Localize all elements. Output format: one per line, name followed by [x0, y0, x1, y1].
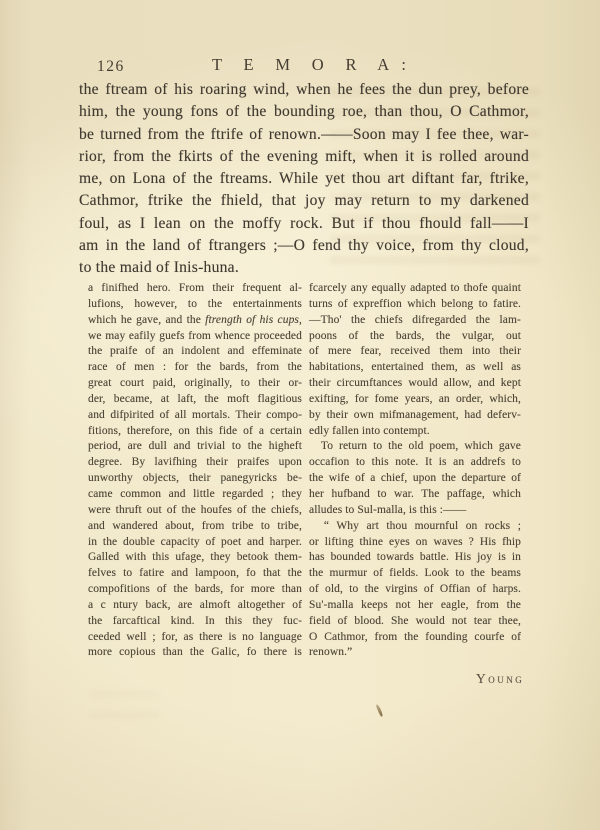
text-line: has bounded towards battle. His joy is i… [309, 550, 521, 566]
text-line: fcarcely any equally adapted to thofe qu… [309, 281, 521, 297]
text-line: renown.” [309, 645, 521, 661]
text-line: compofitions of the bards, for more than [88, 582, 302, 598]
text-line: of old, to the virgins of Offian of harp… [309, 582, 521, 598]
text-line: race of men : for the bards, from the [88, 360, 302, 376]
book-page: 126 T E M O R A : the ftream of his roar… [0, 0, 600, 830]
text-line: and difpirited of all mortals. Their com… [88, 408, 302, 424]
text-line: To return to the old poem, which gave [309, 439, 521, 455]
text-line: edly fallen into contempt. [309, 424, 521, 440]
main-paragraph: the ftream of his roaring wind, when he … [79, 79, 529, 280]
text-line: Su'-malla keeps not her eagle, from the [309, 598, 521, 614]
text-line: felves to fatire and lampoon, fo that th… [88, 566, 302, 582]
text-line: by their own mifmanagement, had deferv- [309, 408, 521, 424]
text-line: her hufband to war. The paffage, which [309, 487, 521, 503]
text-line: —Tho' the chiefs difregarded the lam- [309, 313, 521, 329]
text-line: fitions, therefore, on this fide of a ce… [88, 424, 302, 440]
text-line: to the maid of Inis-huna. [79, 257, 529, 279]
text-line: the ftream of his roaring wind, when he … [79, 79, 529, 101]
text-line: rior, from the fkirts of the evening mif… [79, 146, 529, 168]
running-title: T E M O R A : [212, 55, 411, 75]
text-line: degree. By lavifhing their praifes upon [88, 455, 302, 471]
text-line: alludes to Sul-malla, is this :—— [309, 503, 521, 519]
text-line: Galled with this ufage, they betook them… [88, 550, 302, 566]
signature: Young [476, 671, 524, 687]
text-line: turns of expreffion which belong to fati… [309, 297, 521, 313]
page-number: 126 [97, 58, 125, 76]
text-line: poons of the bards, the vulgar, out [309, 329, 521, 345]
pen-mark [375, 704, 383, 717]
text-line: their circumftances would allow, and kep… [309, 376, 521, 392]
text-line: foul, as I lean on the moffy rock. But i… [79, 213, 529, 235]
text-line: be turned from the ftrife of renown.——So… [79, 124, 529, 146]
text-line: a c ntury back, are almoft altogether of [88, 598, 302, 614]
text-line: more copious than the Galic, fo there is [88, 645, 302, 661]
text-line: unworthy objects, their panegyricks be- [88, 471, 302, 487]
text-line: we may eafily guefs from whence proceede… [88, 329, 302, 345]
text-line: the wife of a chief, upon the departure … [309, 471, 521, 487]
text-line: the praife of an indolent and effeminate [88, 344, 302, 360]
text-line: der, became, at laft, the moft flagitiou… [88, 392, 302, 408]
text-line: great court paid, originally, to their o… [88, 376, 302, 392]
text-line: me, on Lona of the ftreams. While yet th… [79, 168, 529, 190]
footnote-left-column: a finifhed hero. From their frequent al-… [88, 281, 302, 661]
text-line: of mere fear, received them into their [309, 344, 521, 360]
text-line: “ Why art thou mournful on rocks ; [309, 519, 521, 535]
text-line: exifting, for fome years, an order, whic… [309, 392, 521, 408]
text-line: occafion to this note. It is an addrefs … [309, 455, 521, 471]
text-line: field of blood. She would not tear thee, [309, 614, 521, 630]
text-line: O Cathmor, from the founding courfe of [309, 630, 521, 646]
text-line: the murmur of fields. Look to the beams [309, 566, 521, 582]
text-line: lufions, however, to the entertainments [88, 297, 302, 313]
text-line: a finifhed hero. From their frequent al- [88, 281, 302, 297]
text-line: the farcaftical kind. In this they fuc- [88, 614, 302, 630]
text-line: were thruft out of the houfes of the chi… [88, 503, 302, 519]
text-line: came common and little regarded ; they [88, 487, 302, 503]
text-line: or lifting thine eyes on waves ? His fhi… [309, 535, 521, 551]
text-line: ceeded well ; for, as there is no langua… [88, 630, 302, 646]
show-through-smudge [90, 690, 160, 720]
footnote-right-column: fcarcely any equally adapted to thofe qu… [309, 281, 521, 661]
text-line: which he gave, and the ftrength of his c… [88, 313, 302, 329]
text-line: period, are dull and trivial to the high… [88, 439, 302, 455]
text-line: and wandered about, from tribe to tribe, [88, 519, 302, 535]
text-line: in the double capacity of poet and harpe… [88, 535, 302, 551]
text-line: him, the young fons of the bounding roe,… [79, 101, 529, 123]
text-line: am in the land of ftrangers ;—O fend thy… [79, 235, 529, 257]
text-line: habitations, entertained them, as well a… [309, 360, 521, 376]
text-line: Cathmor, ftrike the fhield, that joy may… [79, 190, 529, 212]
